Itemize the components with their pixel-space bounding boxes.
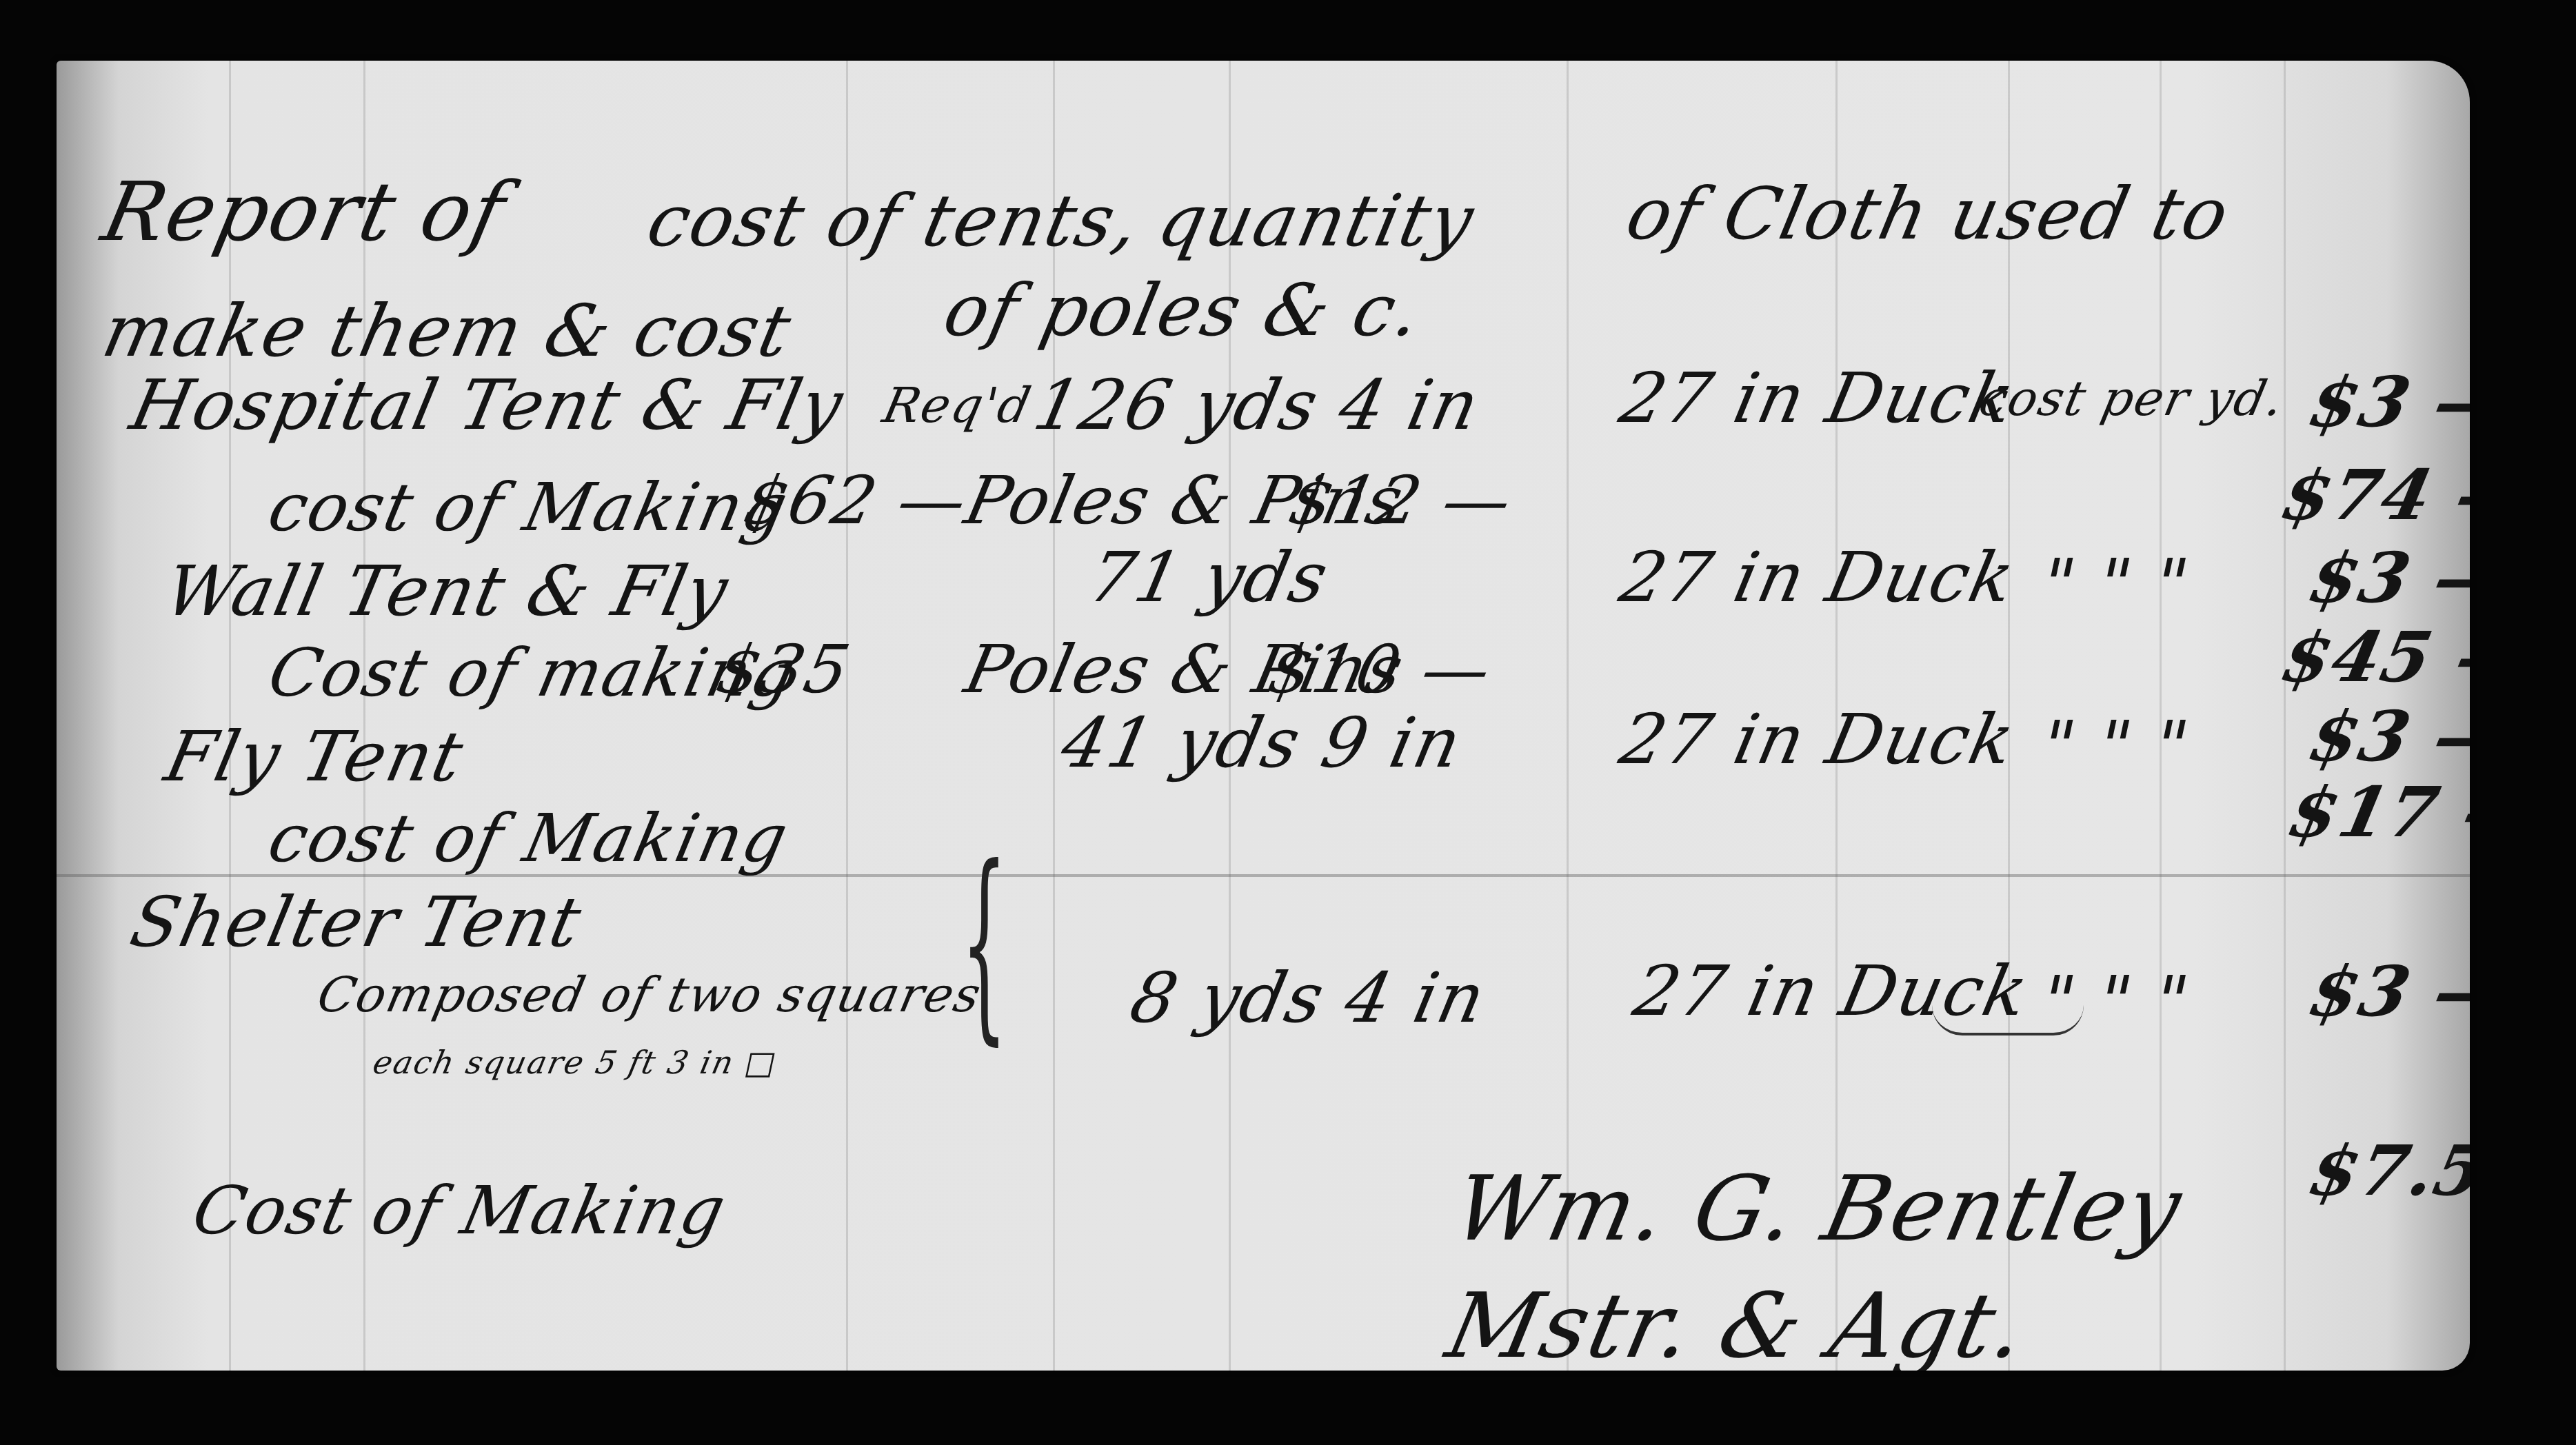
title-quantity: quantity (1152, 185, 1480, 256)
entry-total: $45 — (2276, 623, 2470, 691)
entry-quantity: 126 yds 4 in (1028, 371, 1485, 440)
entry-quantity: 41 yds 9 in (1056, 709, 1468, 778)
swash-stroke (1932, 1005, 2084, 1035)
title-make-them: make them & cost (97, 295, 798, 367)
cloth-cost: $3 — (2304, 702, 2470, 771)
signature-title: Mstr. & Agt. (1440, 1281, 2034, 1371)
entry-name: Hospital Tent & Fly (125, 371, 849, 440)
making-label: cost of Making (263, 805, 794, 871)
ditto-marks: " " " (2035, 712, 2195, 781)
making-cost: $35 (712, 636, 856, 703)
poles-cost: $10 — (1263, 636, 1498, 703)
req-label: Req'd (879, 381, 1036, 430)
making-label: cost of Making (263, 474, 794, 540)
entry-total: $7.50 (2304, 1136, 2470, 1205)
shelter-note-line1: Composed of two squares (314, 971, 986, 1019)
entry-cloth: 27 in Duck (1614, 543, 2021, 612)
title-cost-of-tents: cost of tents, (642, 185, 1147, 256)
entry-name: Shelter Tent (125, 888, 587, 957)
cloth-cost: $3 — (2304, 367, 2470, 436)
cloth-cost: $3 — (2304, 957, 2470, 1026)
entry-total: $17 — (2283, 778, 2470, 847)
entry-cloth: 27 in Duck (1614, 705, 2021, 774)
entry-name: Fly Tent (159, 722, 470, 791)
entry-name: Wall Tent & Fly (159, 557, 734, 626)
cloth-cost: $3 — (2304, 543, 2470, 612)
signature-name: Wm. G. Bentley (1447, 1164, 2189, 1253)
making-cost: $62 — (739, 467, 974, 534)
title-report-of: Report of (96, 171, 512, 252)
entry-total: $74 — (2276, 461, 2470, 529)
making-label: Cost of Making (188, 1178, 732, 1244)
title-of-cloth-used-to: of Cloth used to (1621, 178, 2235, 250)
document-frame: Report of cost of tents, quantity of Clo… (0, 0, 2576, 1445)
cloth-cost-label: cost per yd. (1975, 374, 2289, 423)
paper-sheet: Report of cost of tents, quantity of Clo… (57, 61, 2470, 1371)
entry-quantity: 71 yds (1083, 543, 1334, 612)
ruling-line (2284, 61, 2286, 1371)
title-of-poles: of poles & c. (938, 274, 1428, 346)
ditto-marks: " " " (2035, 550, 2195, 619)
entry-quantity: 8 yds 4 in (1125, 964, 1491, 1033)
shelter-note-line2: each square 5 ft 3 in □ (370, 1047, 781, 1078)
brace-mark: { (961, 840, 1007, 1047)
poles-cost: $12 — (1284, 467, 1518, 534)
entry-cloth: 27 in Duck (1614, 364, 2021, 433)
